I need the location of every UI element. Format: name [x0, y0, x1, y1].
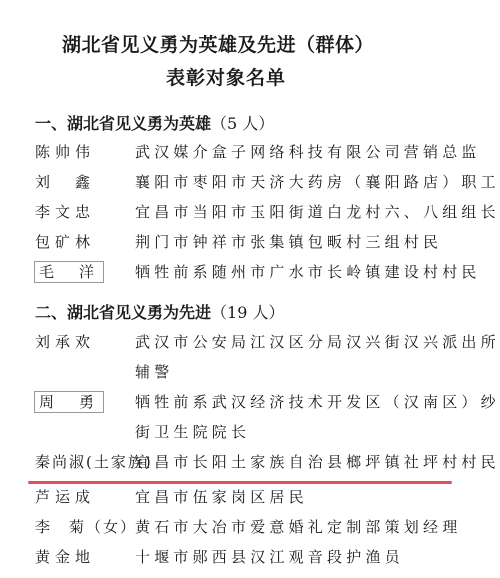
section-count: （19 人） [211, 303, 284, 322]
person-description-continuation: 辅警 [135, 360, 173, 384]
person-description: 宜昌市伍家岗区居民 [135, 485, 308, 509]
person-name-boxed: 周 勇 [34, 391, 104, 413]
document-title-line1: 湖北省见义勇为英雄及先进（群体） [62, 30, 374, 57]
section-heading-text: 一、湖北省见义勇为英雄 [35, 114, 211, 133]
person-description: 十堰市郧西县汉江观音段护渔员 [135, 545, 404, 569]
person-description: 牺牲前系武汉经济技术开发区（汉南区）纱帽 [135, 390, 500, 414]
person-description: 宜昌市当阳市玉阳街道白龙村六、八组组长 [135, 200, 500, 224]
person-description: 武汉媒介盒子网络科技有限公司营销总监 [135, 140, 481, 164]
person-name: 黄金地 [35, 545, 95, 569]
person-description: 宜昌市长阳土家族自治县榔坪镇社坪村村民 [135, 450, 500, 474]
section-count: （5 人） [211, 114, 274, 133]
person-description: 牺牲前系随州市广水市长岭镇建设村村民 [135, 260, 481, 284]
section-heading-text: 二、湖北省见义勇为先进 [35, 303, 211, 322]
person-name: 陈帅伟 [35, 140, 95, 164]
document-title-line2: 表彰对象名单 [166, 63, 286, 90]
person-name: 刘承欢 [35, 330, 95, 354]
person-name: 李文忠 [35, 200, 95, 224]
highlight-underline [28, 481, 452, 484]
person-name-boxed: 毛 洋 [34, 261, 104, 283]
person-description-continuation: 街卫生院院长 [135, 420, 250, 444]
section-heading-heroes: 一、湖北省见义勇为英雄（5 人） [35, 111, 274, 134]
person-name: 包矿林 [35, 230, 95, 254]
person-name: 李 菊（女） [35, 515, 137, 539]
person-description: 襄阳市枣阳市天济大药房（襄阳路店）职工 [135, 170, 500, 194]
person-description: 荆门市钟祥市张集镇包畈村三组村民 [135, 230, 442, 254]
person-description: 黄石市大冶市爱意婚礼定制部策划经理 [135, 515, 461, 539]
person-name: 刘 鑫 [35, 170, 95, 194]
section-heading-advanced: 二、湖北省见义勇为先进（19 人） [35, 300, 284, 323]
person-description: 武汉市公安局江汉区分局汉兴街汉兴派出所 [135, 330, 500, 354]
person-name: 芦运成 [35, 485, 95, 509]
